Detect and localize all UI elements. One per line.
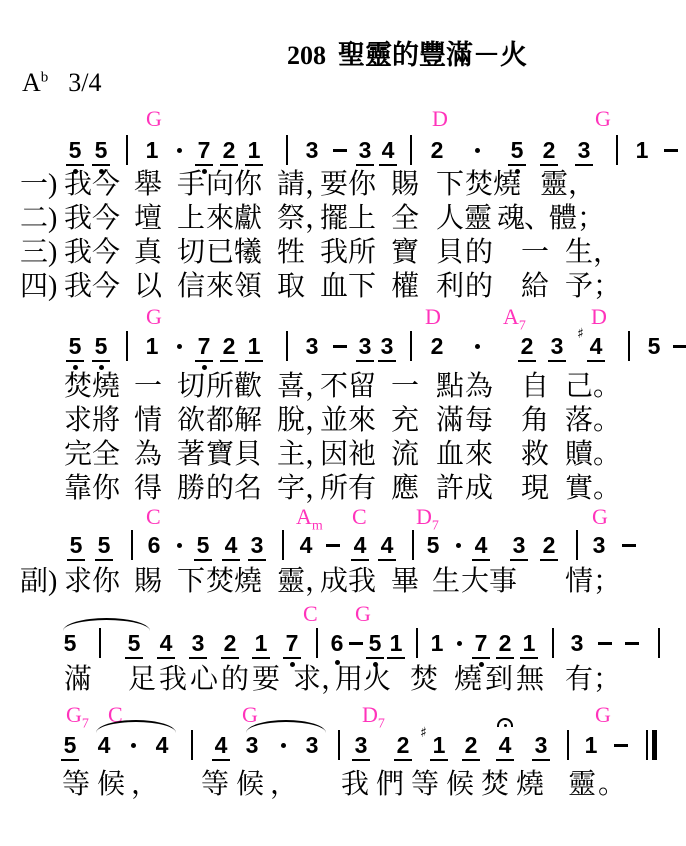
lyric-char: 成 (320, 568, 348, 596)
lyric-char: 。 (593, 373, 621, 401)
lyric-char: 你 (234, 171, 262, 199)
chord-letter: G (66, 702, 82, 727)
lyric-char: 給 (521, 273, 549, 301)
note-digit: 3 (546, 334, 568, 358)
note-underline (379, 164, 397, 166)
verse-label: 副) (20, 568, 57, 596)
lyric-char: 來 (206, 205, 234, 233)
note-underline (587, 360, 605, 362)
lyric-char: 今 (92, 273, 120, 301)
note-digit: 4 (585, 334, 607, 358)
lyric-char: 都 (206, 407, 234, 435)
note-digit: 3 (350, 733, 372, 757)
lyric-char: 實 (565, 475, 593, 503)
lyric-char: ； (593, 568, 621, 596)
augmentation-dot (457, 641, 462, 646)
lyric-char: 一 (134, 373, 162, 401)
lyric-char: 一 (391, 373, 419, 401)
note-digit: 5 (64, 334, 86, 358)
chord-letter: D (432, 106, 448, 131)
key-signature: Ab3/4 (22, 68, 102, 98)
lyric-char: 得 (134, 475, 162, 503)
note-digit: 3 (241, 733, 263, 757)
note-digit: 2 (426, 138, 448, 162)
chord-letter: D (591, 304, 607, 329)
barline (412, 530, 414, 560)
lyric-char: 燒 (92, 373, 120, 401)
lyric-char: 主 (277, 441, 305, 469)
note-underline (245, 360, 263, 362)
lyric-char: 現 (521, 475, 549, 503)
barline (628, 331, 630, 361)
note-underline (61, 759, 79, 761)
note-digit: 1 (631, 138, 653, 162)
augmentation-dot (177, 543, 182, 548)
chord-symbol: D7 (362, 704, 385, 726)
lyric-char: 焚 (206, 568, 234, 596)
note-digit: 3 (301, 138, 323, 162)
lyric-char: 獻 (234, 205, 262, 233)
lyric-char: 所 (206, 373, 234, 401)
note-digit: 5 (192, 533, 214, 557)
chord-symbol: D (591, 306, 607, 328)
augmentation-dot (177, 148, 182, 153)
lyric-char: 候 (97, 771, 125, 799)
lyric-char: 等 (62, 771, 90, 799)
barline (576, 530, 578, 560)
lyric-char: 予 (565, 273, 593, 301)
lyric-char: 我 (348, 568, 376, 596)
lyric-char: 成 (465, 475, 493, 503)
lyric-char: 有 (348, 475, 376, 503)
lyric-char: 滿 (436, 407, 464, 435)
lyric-char: 寶 (391, 239, 419, 267)
lyric-char: 切 (177, 239, 205, 267)
note-underline (472, 559, 490, 561)
lyric-char: 贖 (565, 441, 593, 469)
note-digit: 7 (193, 138, 215, 162)
lyric-char: 燒 (516, 771, 544, 799)
note-digit: 1 (141, 334, 163, 358)
lyric-char: 名 (234, 475, 262, 503)
augmentation-dot (131, 743, 136, 748)
note-digit: 2 (218, 334, 240, 358)
duration-dash (614, 744, 628, 747)
lyric-char: 靈 (277, 568, 305, 596)
lyric-char: 燒 (234, 568, 262, 596)
lyric-char: 寶 (206, 441, 234, 469)
lyric-char: 完 (64, 441, 92, 469)
lyric-char: 歡 (234, 373, 262, 401)
lyric-char: 喜 (277, 373, 305, 401)
barline (99, 628, 101, 658)
chord-letter: A (296, 504, 312, 529)
lyric-char: 候 (446, 771, 474, 799)
lyric-char: 將 (92, 407, 120, 435)
lyric-char: 充 (391, 407, 419, 435)
note-underline (430, 759, 448, 761)
lyric-char: 生 (565, 239, 593, 267)
lyric-char: 焚 (465, 171, 493, 199)
lyric-char: 解 (234, 407, 262, 435)
chord-subscript: 7 (378, 716, 385, 731)
note-digit: 3 (530, 733, 552, 757)
lyric-char: 牲 (277, 239, 305, 267)
note-underline (220, 360, 238, 362)
lyric-char: 一 (521, 239, 549, 267)
note-digit: 2 (392, 733, 414, 757)
lyric-char: ； (593, 666, 621, 694)
lyric-char: 靠 (64, 475, 92, 503)
chord-letter: A (503, 304, 519, 329)
lyric-char: 的 (206, 475, 234, 503)
chord-symbol: C (303, 603, 318, 625)
note-underline (496, 657, 514, 659)
octave-dot (99, 365, 104, 370)
lyric-char: ， (131, 771, 159, 799)
note-digit: 1 (426, 631, 448, 655)
duration-dash (673, 345, 686, 348)
lyric-char: 我 (159, 666, 187, 694)
lyric-char: 每 (465, 407, 493, 435)
note-digit: 1 (243, 334, 265, 358)
lyric-char: 畢 (391, 568, 419, 596)
note-digit: 4 (295, 533, 317, 557)
note-digit: 3 (354, 138, 376, 162)
barline (131, 530, 133, 560)
lyric-char: 賜 (134, 568, 162, 596)
note-digit: 5 (123, 631, 145, 655)
lyric-char: 上 (177, 205, 205, 233)
note-underline (351, 559, 369, 561)
lyric-char: 求 (293, 666, 321, 694)
lyric-char: 焚 (410, 666, 438, 694)
lyric-char: 並 (320, 407, 348, 435)
lyric-char: 。 (593, 407, 621, 435)
note-digit: 4 (93, 733, 115, 757)
lyric-char: 壇 (134, 205, 162, 233)
note-digit: 5 (64, 138, 86, 162)
lyric-char: 來 (206, 273, 234, 301)
page-title: 208聖靈的豐滿－火 (287, 33, 527, 72)
note-digit: 4 (155, 631, 177, 655)
note-underline (189, 657, 207, 659)
lyric-char: 不 (320, 373, 348, 401)
note-digit: 2 (426, 334, 448, 358)
lyric-char: 生 (432, 568, 460, 596)
note-digit: 4 (220, 533, 242, 557)
chord-letter: G (595, 702, 611, 727)
barline (282, 530, 284, 560)
augmentation-dot (475, 344, 480, 349)
lyric-char: 真 (134, 239, 162, 267)
note-digit: 3 (301, 334, 323, 358)
chord-letter: D (425, 304, 441, 329)
hymn-sheet: 208聖靈的豐滿－火 Ab3/4 GDG55172133425231一)我今舉手… (0, 0, 686, 846)
lyric-char: 留 (348, 373, 376, 401)
lyric-char: 血 (436, 441, 464, 469)
lyric-char: 應 (391, 475, 419, 503)
chord-symbol: G (146, 306, 162, 328)
lyric-char: 情 (134, 407, 162, 435)
lyric-char: 要 (320, 171, 348, 199)
chord-subscript: 7 (519, 318, 526, 333)
note-underline (92, 164, 110, 166)
note-digit: 7 (193, 334, 215, 358)
duration-dash (598, 642, 612, 645)
note-digit: 3 (588, 533, 610, 557)
note-digit: 5 (364, 631, 386, 655)
lyric-char: 的 (465, 239, 493, 267)
lyric-char: 手 (177, 171, 205, 199)
lyric-char: 我 (341, 771, 369, 799)
note-digit: 2 (538, 138, 560, 162)
lyric-char: 我 (64, 205, 92, 233)
note-digit: 3 (376, 334, 398, 358)
lyric-char: 我 (64, 273, 92, 301)
note-digit: 3 (301, 733, 323, 757)
duration-dash (664, 149, 678, 152)
chord-letter: C (146, 504, 161, 529)
note-underline (66, 360, 84, 362)
hymn-title-text: 聖靈的豐滿－火 (338, 40, 527, 70)
chord-letter: G (592, 504, 608, 529)
sharp-icon: ♯ (420, 726, 427, 740)
lyric-char: 向 (206, 171, 234, 199)
note-underline (575, 164, 593, 166)
lyric-char: ； (577, 205, 605, 233)
chord-symbol: D (432, 108, 448, 130)
chord-symbol: D7 (416, 506, 439, 528)
note-underline (283, 657, 301, 659)
lyric-char: 靈 (464, 205, 492, 233)
lyric-char: 今 (92, 205, 120, 233)
sharp-icon: ♯ (577, 327, 584, 341)
note-underline (520, 657, 538, 659)
lyric-char: 到 (485, 666, 513, 694)
note-digit: 5 (90, 138, 112, 162)
chord-symbol: G7 (66, 704, 89, 726)
lyric-char: 為 (134, 441, 162, 469)
duration-dash (326, 544, 340, 547)
note-underline (540, 559, 558, 561)
note-underline (540, 164, 558, 166)
note-digit: 1 (580, 733, 602, 757)
chord-symbol: D (425, 306, 441, 328)
chord-symbol: C (146, 506, 161, 528)
note-underline (366, 657, 384, 659)
note-underline (548, 360, 566, 362)
note-underline (252, 657, 270, 659)
lyric-char: 焚 (481, 771, 509, 799)
lyric-char: 祭 (277, 205, 305, 233)
chord-symbol: G (355, 603, 371, 625)
tie-arc (63, 618, 150, 631)
note-underline (195, 164, 213, 166)
lyric-char: 全 (391, 205, 419, 233)
lyric-char: 切 (177, 373, 205, 401)
note-digit: 2 (516, 334, 538, 358)
note-digit: 5 (65, 533, 87, 557)
lyric-char: 權 (391, 273, 419, 301)
lyric-char: 你 (92, 568, 120, 596)
flat-icon: b (41, 69, 49, 85)
note-underline (510, 559, 528, 561)
duration-dash (333, 345, 347, 348)
lyric-char: 來 (348, 407, 376, 435)
lyric-char: 取 (277, 273, 305, 301)
lyric-char: 祂 (348, 441, 376, 469)
chord-letter: G (146, 304, 162, 329)
note-digit: 5 (422, 533, 444, 557)
lyric-char: 有 (565, 666, 593, 694)
note-underline (352, 759, 370, 761)
lyric-char: 燒 (493, 171, 521, 199)
chord-symbol: G (146, 108, 162, 130)
lyric-char: ， (270, 771, 298, 799)
lyric-char: ； (593, 273, 621, 301)
duration-dash (625, 642, 639, 645)
note-underline (125, 657, 143, 659)
lyric-char: ， (568, 171, 596, 199)
note-underline (532, 759, 550, 761)
note-underline (157, 657, 175, 659)
chord-letter: G (595, 106, 611, 131)
chord-letter: C (352, 504, 367, 529)
lyric-char: 你 (92, 475, 120, 503)
lyric-char: 候 (236, 771, 264, 799)
note-digit: 5 (59, 631, 81, 655)
barline (616, 135, 618, 165)
lyric-char: 著 (177, 441, 205, 469)
lyric-char: 上 (348, 205, 376, 233)
note-underline (222, 559, 240, 561)
note-underline (472, 657, 490, 659)
barline (126, 331, 128, 361)
augmentation-dot (281, 743, 286, 748)
note-underline (245, 164, 263, 166)
lyric-char: 心 (190, 666, 218, 694)
chord-letter: G (146, 106, 162, 131)
note-digit: 2 (219, 631, 241, 655)
lyric-char: 貝 (234, 441, 262, 469)
note-underline (496, 759, 514, 761)
note-digit: 3 (566, 631, 588, 655)
lyric-char: 求 (64, 568, 92, 596)
lyric-char: 今 (92, 171, 120, 199)
chord-symbol: C (352, 506, 367, 528)
note-digit: 1 (250, 631, 272, 655)
note-digit: 1 (141, 138, 163, 162)
note-digit: 5 (93, 533, 115, 557)
barline (338, 730, 340, 760)
lyric-char: 。 (593, 441, 621, 469)
lyric-char: 人 (436, 205, 464, 233)
lyric-char: ， (593, 239, 621, 267)
lyric-char: 為 (465, 373, 493, 401)
lyric-char: 們 (376, 771, 404, 799)
lyric-char: 火 (363, 666, 391, 694)
lyric-char: 利 (436, 273, 464, 301)
lyric-char: 領 (234, 273, 262, 301)
note-digit: 5 (506, 138, 528, 162)
chord-symbol: G (595, 108, 611, 130)
lyric-char: 擺 (320, 205, 348, 233)
note-digit: 3 (508, 533, 530, 557)
chord-letter: G (355, 601, 371, 626)
lyric-char: 用 (335, 666, 363, 694)
lyric-char: 勝 (177, 475, 205, 503)
barline (316, 628, 318, 658)
verse-label: 一) (20, 171, 57, 199)
verse-label: 二) (20, 205, 57, 233)
lyric-char: 、 (524, 205, 552, 233)
final-barline-thick (652, 730, 657, 760)
chord-letter: D (416, 504, 432, 529)
note-underline (95, 559, 113, 561)
note-digit: 2 (538, 533, 560, 557)
lyric-char: 燒 (454, 666, 482, 694)
lyric-char: 下 (348, 273, 376, 301)
chord-symbol: G (242, 704, 258, 726)
note-digit: 3 (573, 138, 595, 162)
lyric-char: 大 (461, 568, 489, 596)
lyric-char: 來 (465, 441, 493, 469)
lyric-char: 今 (92, 239, 120, 267)
note-underline (394, 759, 412, 761)
lyric-char: 的 (221, 666, 249, 694)
note-underline (195, 360, 213, 362)
lyric-char: 點 (436, 373, 464, 401)
note-underline (92, 360, 110, 362)
lyric-char: 的 (465, 273, 493, 301)
chord-subscript: 7 (82, 716, 89, 731)
note-digit: 4 (494, 733, 516, 757)
lyric-char: 脫 (277, 407, 305, 435)
octave-dot (73, 365, 78, 370)
lyric-char: 犧 (234, 239, 262, 267)
note-digit: 5 (90, 334, 112, 358)
note-digit: 2 (494, 631, 516, 655)
lyric-char: 請 (277, 171, 305, 199)
lyric-char: 要 (252, 666, 280, 694)
fermata-dot (504, 724, 507, 727)
final-barline-thin (646, 730, 648, 760)
lyric-char: 救 (521, 441, 549, 469)
chord-symbol: A7 (503, 306, 526, 328)
note-digit: 5 (59, 733, 81, 757)
note-underline (356, 164, 374, 166)
lyric-char: 情 (565, 568, 593, 596)
lyric-char: 足 (128, 666, 156, 694)
lyric-char: 全 (92, 441, 120, 469)
duration-dash (333, 149, 347, 152)
barline (410, 135, 412, 165)
lyric-char: 因 (320, 441, 348, 469)
chord-subscript: m (312, 518, 323, 533)
note-underline (378, 559, 396, 561)
note-digit: 4 (210, 733, 232, 757)
note-digit: 7 (281, 631, 303, 655)
note-underline (518, 360, 536, 362)
hymn-number: 208 (287, 41, 326, 70)
note-digit: 4 (376, 533, 398, 557)
note-underline (248, 559, 266, 561)
lyric-char: 你 (348, 171, 376, 199)
lyric-char: 。 (593, 475, 621, 503)
lyric-char: 所 (348, 239, 376, 267)
lyric-char: 流 (391, 441, 419, 469)
